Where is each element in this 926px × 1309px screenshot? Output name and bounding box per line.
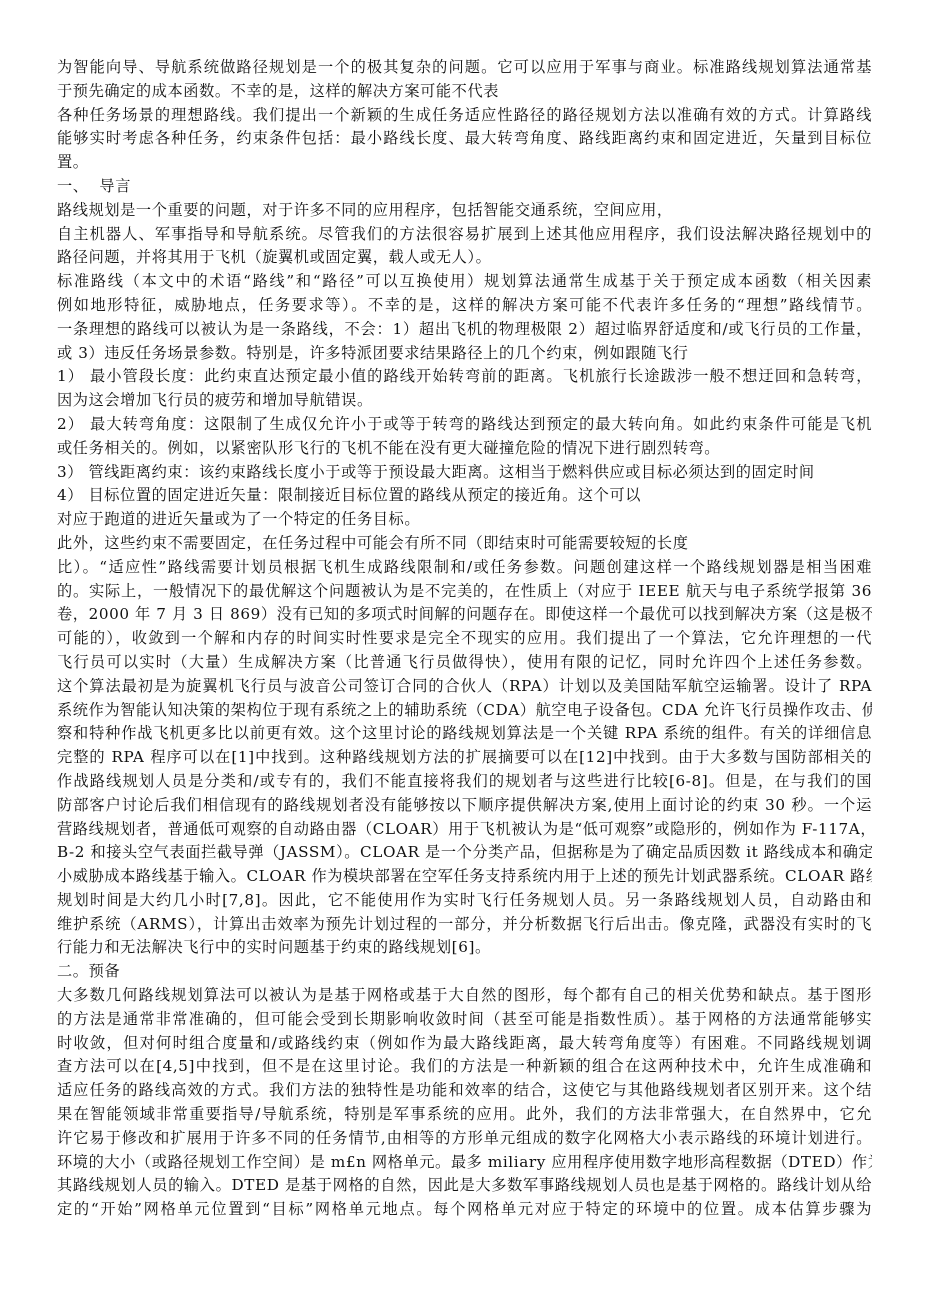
text-line: 自主机器人、军事指导和导航系统。尽管我们的方法很容易扩展到上述其他应用程序，我们… <box>57 223 872 247</box>
text-line: 规划时间是大约几小时[7,8]。因此，它不能使用作为实时飞行任务规划人员。另一条… <box>57 889 872 913</box>
text-line: 于预先确定的成本函数。不幸的是，这样的解决方案可能不代表 <box>57 80 872 104</box>
text-line: 可能的），收敛到一个解和内存的时间实时性要求是完全不现实的应用。我们提出了一个算… <box>57 627 872 651</box>
text-line: 4） 目标位置的固定进近矢量：限制接近目标位置的路线从预定的接近角。这个可以 <box>57 484 872 508</box>
text-line: 行能力和无法解决飞行中的实时问题基于约束的路线规划[6]。 <box>57 936 872 960</box>
text-line: 对应于跑道的进近矢量或为了一个特定的任务目标。 <box>57 508 872 532</box>
text-line: 路线规划是一个重要的问题，对于许多不同的应用程序，包括智能交通系统，空间应用， <box>57 199 872 223</box>
text-line: 各种任务场景的理想路线。我们提出一个新颖的生成任务适应性路径的路径规划方法以准确… <box>57 104 872 128</box>
text-line: 完整的 RPA 程序可以在[1]中找到。这种路线规划方法的扩展摘要可以在[12]… <box>57 746 872 770</box>
section-heading: 一、 导言 <box>57 175 872 199</box>
text-line: 卷，2000 年 7 月 3 日 869）没有已知的多项式时间解的问题存在。即使… <box>57 603 872 627</box>
text-line: 小威胁成本路线基于输入。CLOAR 作为模块部署在空军任务支持系统内用于上述的预… <box>57 865 872 889</box>
text-line: 能够实时考虑各种任务，约束条件包括：最小路线长度、最大转弯角度、路线距离约束和固… <box>57 127 872 151</box>
text-line: 路径问题，并将其用于飞机（旋翼机或固定翼，载人或无人）。 <box>57 246 872 270</box>
document-page: 为智能向导、导航系统做路径规划是一个的极其复杂的问题。它可以应用于军事与商业。标… <box>57 56 872 1222</box>
text-line: 或任务相关的。例如，以紧密队形飞行的飞机不能在没有更大碰撞危险的情况下进行剧烈转… <box>57 437 872 461</box>
text-line: 标准路线（本文中的术语“路线”和“路径”可以互换使用）规划算法通常生成基于关于预… <box>57 270 872 294</box>
text-line: 的。实际上，一般情况下的最优解这个问题被认为是不完美的，在性质上（对应于 IEE… <box>57 580 872 604</box>
text-line: 飞行员可以实时（大量）生成解决方案（比普通飞行员做得快），使用有限的记忆，同时允… <box>57 651 872 675</box>
text-line: 许它易于修改和扩展用于许多不同的任务情节,由相等的方形单元组成的数字化网格大小表… <box>57 1127 872 1151</box>
text-line: 1） 最小管段长度：此约束直达预定最小值的路线开始转弯前的距离。飞机旅行长途跋涉… <box>57 365 872 389</box>
text-line: 果在智能领域非常重要指导/导航系统，特别是军事系统的应用。此外，我们的方法非常强… <box>57 1103 872 1127</box>
text-line: 例如地形特征，威胁地点，任务要求等）。不幸的是，这样的解决方案可能不代表许多任务… <box>57 294 872 318</box>
text-line: B-2 和接头空气表面拦截导弹（JASSM）。CLOAR 是一个分类产品，但据称… <box>57 841 872 865</box>
text-line: 其路线规划人员的输入。DTED 是基于网格的自然，因此是大多数军事路线规划人员也… <box>57 1174 872 1198</box>
text-line: 3） 管线距离约束：该约束路线长度小于或等于预设最大距离。这相当于燃料供应或目标… <box>57 461 872 485</box>
text-line: 为智能向导、导航系统做路径规划是一个的极其复杂的问题。它可以应用于军事与商业。标… <box>57 56 872 80</box>
text-line: 定的“开始”网格单元位置到“目标”网格单元地点。每个网格单元对应于特定的环境中的… <box>57 1198 872 1222</box>
section-heading: 二。预备 <box>57 960 872 984</box>
text-line: 2） 最大转弯角度：这限制了生成仅允许小于或等于转弯的路线达到预定的最大转向角。… <box>57 413 872 437</box>
text-line: 的方法是通常非常准确的，但可能会受到长期影响收敛时间（甚至可能是指数性质）。基于… <box>57 1008 872 1032</box>
text-line: 适应任务的路线高效的方式。我们方法的独特性是功能和效率的结合，这使它与其他路线规… <box>57 1079 872 1103</box>
text-line: 维护系统（ARMS），计算出击效率为预先计划过程的一部分，并分析数据飞行后出击。… <box>57 913 872 937</box>
text-line: 防部客户讨论后我们相信现有的路线规划者没有能够按以下顺序提供解决方案,使用上面讨… <box>57 794 872 818</box>
text-line: 查方法可以在[4,5]中找到，但不是在这里讨论。我们的方法是一种新颖的组合在这两… <box>57 1055 872 1079</box>
text-line: 这个算法最初是为旋翼机飞行员与波音公司签订合同的合伙人（RPA）计划以及美国陆军… <box>57 675 872 699</box>
text-line: 比）。“适应性”路线需要计划员根据飞机生成路线限制和/或任务参数。问题创建这样一… <box>57 556 872 580</box>
text-line: 大多数几何路线规划算法可以被认为是基于网格或基于大自然的图形，每个都有自己的相关… <box>57 984 872 1008</box>
text-line: 营路线规划者，普通低可观察的自动路由器（CLOAR）用于飞机被认为是“低可观察”… <box>57 818 872 842</box>
text-line: 时收敛，但对何时组合度量和/或路线约束（例如作为最大路线距离，最大转弯角度等）有… <box>57 1032 872 1056</box>
text-line: 或 3）违反任务场景参数。特别是，许多特派团要求结果路径上的几个约束，例如跟随飞… <box>57 342 872 366</box>
text-line: 系统作为智能认知决策的架构位于现有系统之上的辅助系统（CDA）航空电子设备包。C… <box>57 699 872 723</box>
text-line: 置。 <box>57 151 872 175</box>
text-line: 一条理想的路线可以被认为是一条路线，不会：1）超出飞机的物理极限 2）超过临界舒… <box>57 318 872 342</box>
text-line: 此外，这些约束不需要固定，在任务过程中可能会有所不同（即结束时可能需要较短的长度 <box>57 532 872 556</box>
text-line: 因为这会增加飞行员的疲劳和增加导航错误。 <box>57 389 872 413</box>
text-line: 作战路线规划人员是分类和/或专有的，我们不能直接将我们的规划者与这些进行比较[6… <box>57 770 872 794</box>
text-line: 察和特种作战飞机更多比以前更有效。这个这里讨论的路线规划算法是一个关键 RPA … <box>57 722 872 746</box>
text-line: 环境的大小（或路径规划工作空间）是 m£n 网格单元。最多 miliary 应用… <box>57 1151 872 1175</box>
